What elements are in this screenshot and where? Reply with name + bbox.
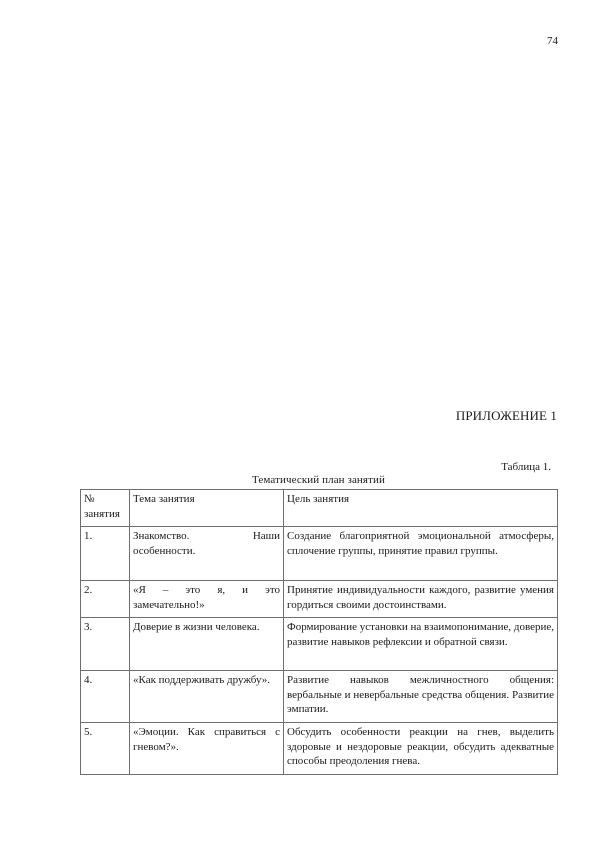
table-row: 3. Доверие в жизни человека. Формировани… (81, 618, 558, 671)
lesson-number: 3. (81, 618, 130, 671)
page-number: 74 (538, 35, 558, 47)
table-row: 5. «Эмоции. Как справиться с гневом?». О… (81, 723, 558, 775)
lesson-goal: Развитие навыков межличностного общения:… (284, 671, 558, 723)
table-label: Таблица 1. (400, 461, 551, 473)
header-lesson-goal: Цель занятия (284, 490, 558, 527)
header-lesson-topic: Тема занятия (130, 490, 284, 527)
lesson-goal: Обсудить особенности реакции на гнев, вы… (284, 723, 558, 775)
table-caption: Тематический план занятий (80, 474, 557, 486)
lesson-topic: Знакомство. Наши особенности. (130, 527, 284, 581)
appendix-title: ПРИЛОЖЕНИЕ 1 (380, 408, 557, 424)
lesson-goal: Формирование установки на взаимопонимани… (284, 618, 558, 671)
table-row: 1. Знакомство. Наши особенности. Создани… (81, 527, 558, 581)
lesson-topic: Доверие в жизни человека. (130, 618, 284, 671)
lesson-number: 2. (81, 581, 130, 618)
lesson-number: 5. (81, 723, 130, 775)
table-row: 4. «Как поддерживать дружбу». Развитие н… (81, 671, 558, 723)
lesson-topic: «Как поддерживать дружбу». (130, 671, 284, 723)
table-header-row: № занятия Тема занятия Цель занятия (81, 490, 558, 527)
header-lesson-number: № занятия (81, 490, 130, 527)
lesson-number: 1. (81, 527, 130, 581)
lesson-number: 4. (81, 671, 130, 723)
lesson-plan-table: № занятия Тема занятия Цель занятия 1. З… (80, 489, 558, 775)
table-row: 2. «Я – это я, и это замечательно!» Прин… (81, 581, 558, 618)
lesson-goal: Принятие индивидуальности каждого, разви… (284, 581, 558, 618)
lesson-topic: «Я – это я, и это замечательно!» (130, 581, 284, 618)
lesson-goal: Создание благоприятной эмоциональной атм… (284, 527, 558, 581)
lesson-topic: «Эмоции. Как справиться с гневом?». (130, 723, 284, 775)
